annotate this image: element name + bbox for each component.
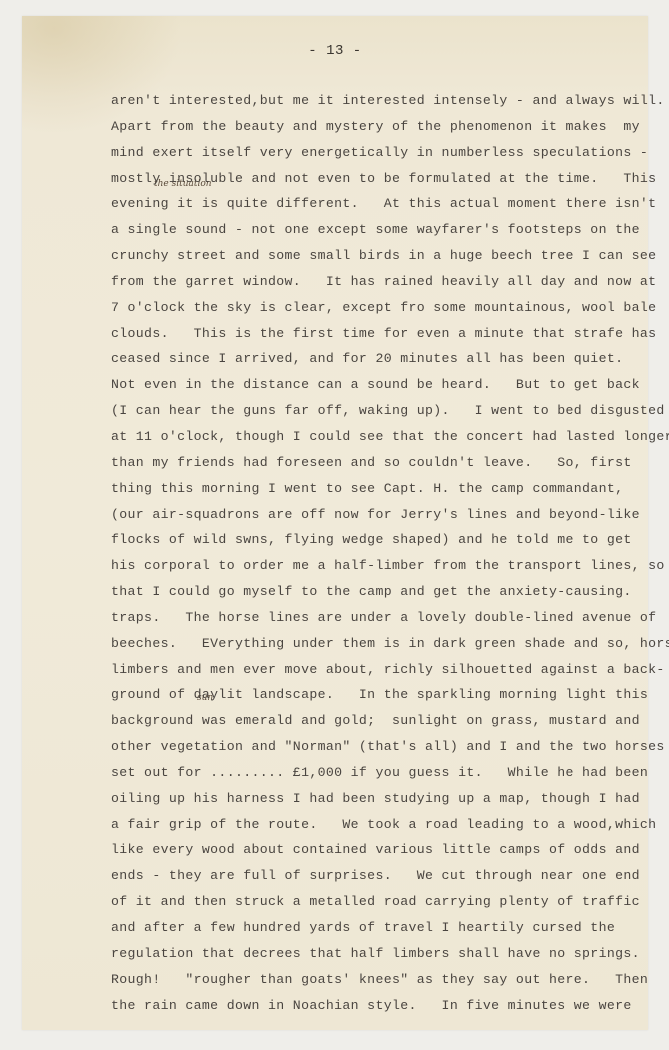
text-line: (our air-squadrons are off now for Jerry… — [111, 502, 651, 528]
text-line: ends - they are full of surprises. We cu… — [111, 863, 651, 889]
text-line: other vegetation and "Norman" (that's al… — [111, 734, 651, 760]
text-line: than my friends had foreseen and so coul… — [111, 450, 651, 476]
text-line: limbers and men ever move about, richly … — [111, 657, 651, 683]
text-line: from the garret window. It has rained he… — [111, 269, 651, 295]
text-line: background was emerald and gold; sunligh… — [111, 708, 651, 734]
text-line: regulation that decrees that half limber… — [111, 941, 651, 967]
text-line: his corporal to order me a half-limber f… — [111, 553, 651, 579]
text-line: a single sound - not one except some way… — [111, 217, 651, 243]
text-line: mind exert itself very energetically in … — [111, 140, 651, 166]
text-line: Apart from the beauty and mystery of the… — [111, 114, 651, 140]
text-line: ground of daylit landscape. In the spark… — [111, 682, 651, 708]
text-line: traps. The horse lines are under a lovel… — [111, 605, 651, 631]
text-line: (I can hear the guns far off, waking up)… — [111, 398, 651, 424]
text-line: mostly insoluble and not even to be form… — [111, 166, 651, 192]
text-line: oiling up his harness I had been studyin… — [111, 786, 651, 812]
text-line: flocks of wild swns, flying wedge shaped… — [111, 527, 651, 553]
text-line: clouds. This is the first time for even … — [111, 321, 651, 347]
text-line: the rain came down in Noachian style. In… — [111, 993, 651, 1019]
text-line: crunchy street and some small birds in a… — [111, 243, 651, 269]
text-line: ceased since I arrived, and for 20 minut… — [111, 346, 651, 372]
text-line: thing this morning I went to see Capt. H… — [111, 476, 651, 502]
text-line: that I could go myself to the camp and g… — [111, 579, 651, 605]
text-line: Not even in the distance can a sound be … — [111, 372, 651, 398]
text-line: set out for ......... £1,000 if you gues… — [111, 760, 651, 786]
typewritten-page: - 13 - the situation sun aren't interest… — [22, 16, 648, 1030]
text-line: a fair grip of the route. We took a road… — [111, 812, 651, 838]
body-text: aren't interested,but me it interested i… — [111, 88, 651, 1018]
text-line: of it and then struck a metalled road ca… — [111, 889, 651, 915]
text-line: at 11 o'clock, though I could see that t… — [111, 424, 651, 450]
text-line: 7 o'clock the sky is clear, except fro s… — [111, 295, 651, 321]
text-line: like every wood about contained various … — [111, 837, 651, 863]
text-line: Rough! "rougher than goats' knees" as th… — [111, 967, 651, 993]
text-line: beeches. EVerything under them is in dar… — [111, 631, 651, 657]
page-number: - 13 - — [22, 43, 648, 59]
text-line: aren't interested,but me it interested i… — [111, 88, 651, 114]
text-line: and after a few hundred yards of travel … — [111, 915, 651, 941]
text-line: evening it is quite different. At this a… — [111, 191, 651, 217]
